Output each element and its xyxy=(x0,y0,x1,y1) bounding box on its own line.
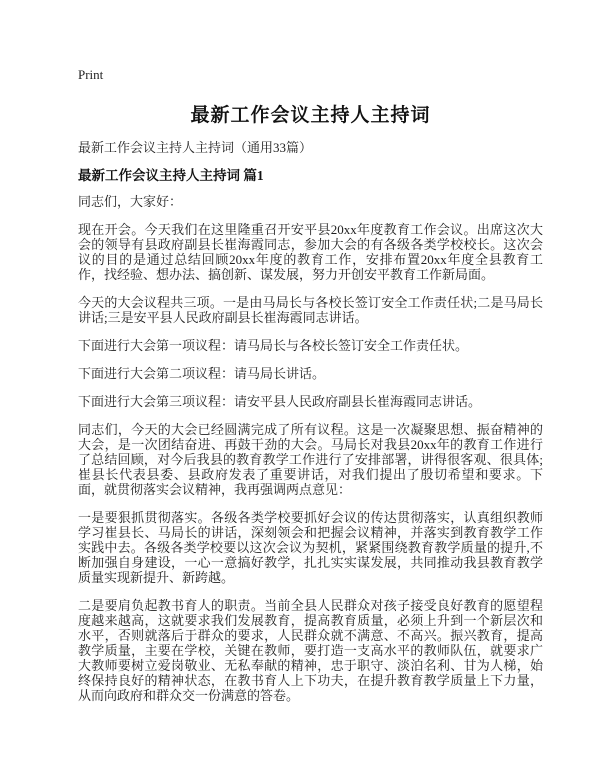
document-subtitle: 最新工作会议主持人主持词（通用33篇） xyxy=(78,140,543,156)
paragraph-agenda-item-3: 下面进行大会第三项议程：请安平县人民政府副县长崔海霞同志讲话。 xyxy=(78,394,543,409)
document-page: Print 最新工作会议主持人主持词 最新工作会议主持人主持词（通用33篇） 最… xyxy=(0,0,600,776)
paragraph-agenda-overview: 今天的大会议程共三项。一是由马局长与各校长签订安全工作责任状;二是马局长讲话;三… xyxy=(78,295,543,325)
paragraph-greeting: 同志们，大家好： xyxy=(78,194,543,209)
page-title: 最新工作会议主持人主持词 xyxy=(78,103,543,129)
paragraph-closing-summary: 同志们，今天的大会已经圆满完成了所有议程。这是一次凝聚思想、振奋精神的大会，是一… xyxy=(78,422,543,497)
paragraph-point-one: 一是要狠抓贯彻落实。各级各类学校要抓好会议的传达贯彻落实，认真组织教师学习崔县长… xyxy=(78,510,543,585)
document-body: 同志们，大家好： 现在开会。今天我们在这里隆重召开安平县20xx年度教育工作会议… xyxy=(78,194,543,703)
paragraph-opening: 现在开会。今天我们在这里隆重召开安平县20xx年度教育工作会议。出席这次大会的领… xyxy=(78,222,543,282)
paragraph-agenda-item-1: 下面进行大会第一项议程：请马局长与各校长签订安全工作责任状。 xyxy=(78,338,543,353)
print-button[interactable]: Print xyxy=(78,68,103,82)
paragraph-agenda-item-2: 下面进行大会第二项议程：请马局长讲话。 xyxy=(78,366,543,381)
section-heading: 最新工作会议主持人主持词 篇1 xyxy=(78,168,543,184)
paragraph-point-two: 二是要肩负起教书育人的职责。当前全县人民群众对孩子接受良好教育的愿望程度越来越高… xyxy=(78,598,543,703)
